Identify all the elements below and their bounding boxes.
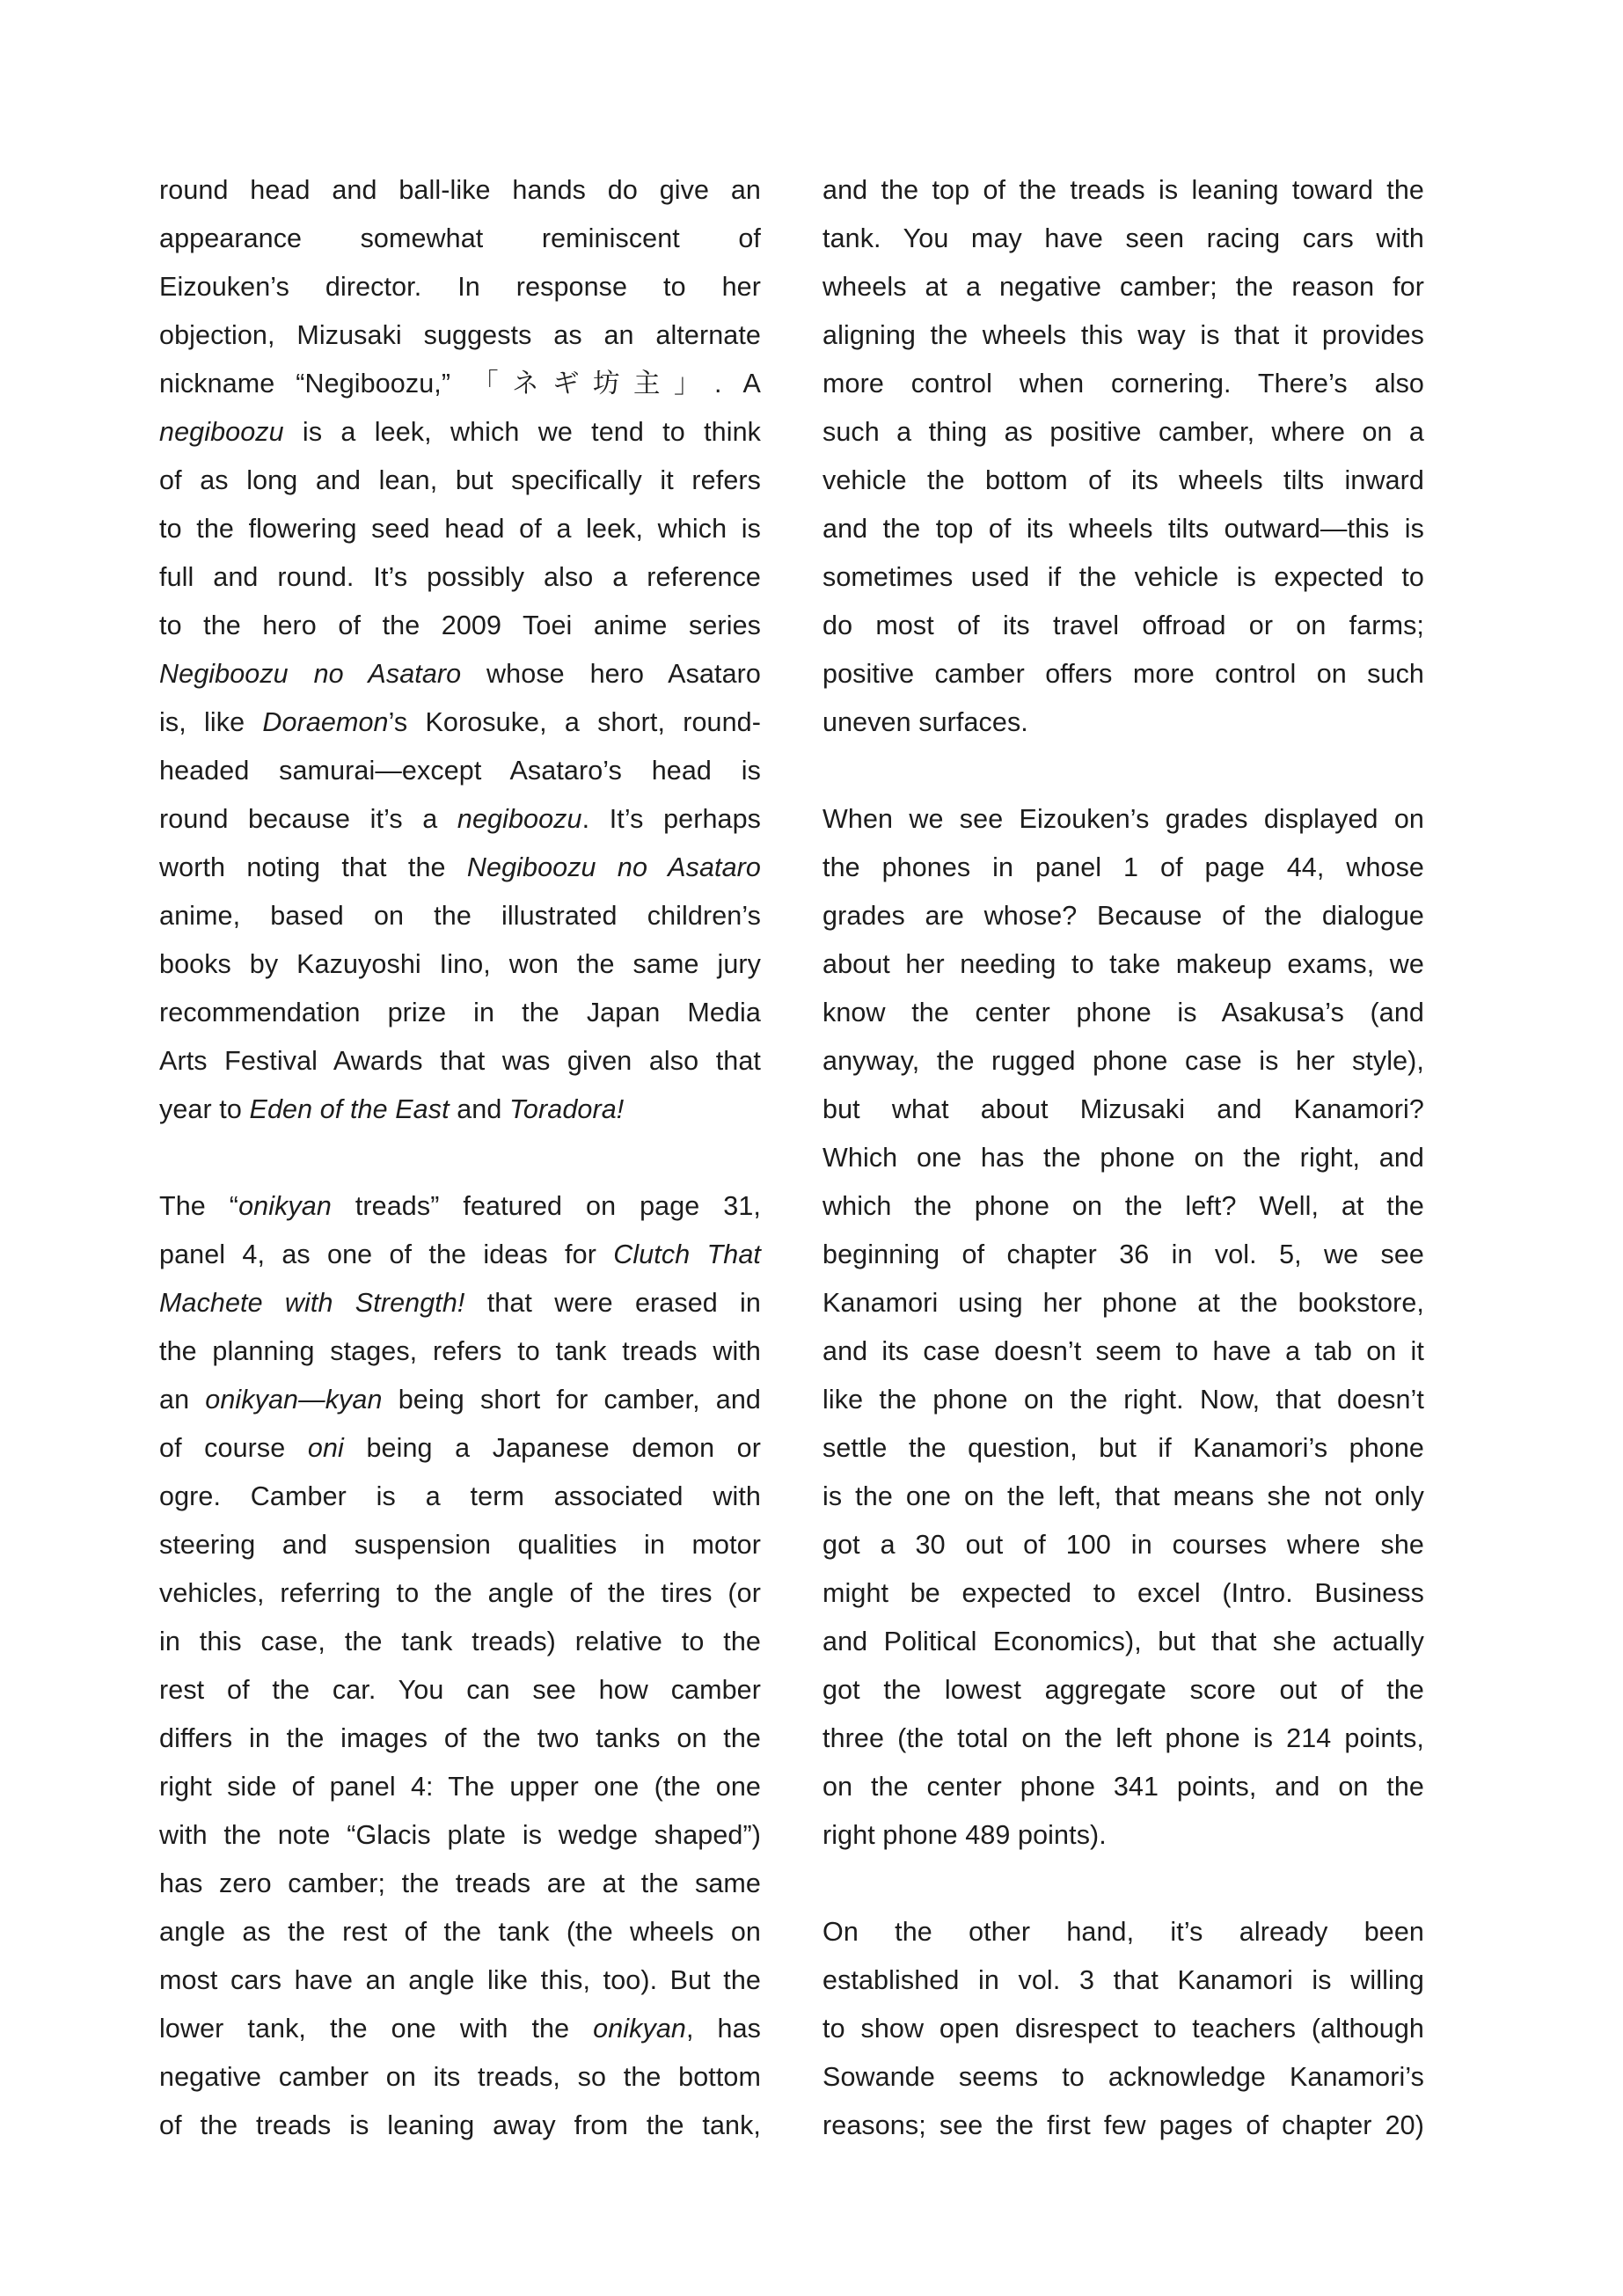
italic-term: Negiboozu no Asataro xyxy=(159,659,461,689)
text-line: Arts Festival Awards that was given also… xyxy=(159,1037,761,1086)
text-run: anyway, the rugged phone case is her sty… xyxy=(822,1046,1424,1076)
text-line: settle the question, but if Kanamori’s p… xyxy=(822,1424,1424,1473)
text-run: uneven surfaces. xyxy=(822,707,1028,737)
text-run: do most of its travel offroad or on farm… xyxy=(822,611,1424,640)
text-line: and the top of the treads is leaning tow… xyxy=(822,166,1424,215)
text-run: appearance somewhat reminiscent of xyxy=(159,223,761,253)
text-run: reasons; see the first few pages of chap… xyxy=(822,2110,1424,2140)
text-run: Kanamori using her phone at the bookstor… xyxy=(822,1288,1424,1318)
text-run: anime, based on the illustrated children… xyxy=(159,901,761,931)
text-line: year to Eden of the East and Toradora! xyxy=(159,1086,761,1134)
text-line: Sowande seems to acknowledge Kanamori’s xyxy=(822,2053,1424,2102)
text-line: full and round. It’s possibly also a ref… xyxy=(159,553,761,602)
text-line: recommendation prize in the Japan Media xyxy=(159,989,761,1037)
text-run: to the hero of the 2009 Toei anime serie… xyxy=(159,611,761,640)
text-line: round because it’s a negiboozu. It’s per… xyxy=(159,795,761,844)
paragraph: On the other hand, it’s already beenesta… xyxy=(822,1908,1424,2150)
text-run: aligning the wheels this way is that it … xyxy=(822,320,1424,350)
text-run: treads” featured on page 31, xyxy=(332,1191,761,1221)
text-line: sometimes used if the vehicle is expecte… xyxy=(822,553,1424,602)
text-run: grades are whose? Because of the dialogu… xyxy=(822,901,1424,931)
text-run: to show open disrespect to teachers (alt… xyxy=(822,2014,1424,2044)
text-line: negative camber on its treads, so the bo… xyxy=(159,2053,761,2102)
text-line: right phone 489 points). xyxy=(822,1811,1424,1860)
text-line: got a 30 out of 100 in courses where she xyxy=(822,1521,1424,1569)
text-line: in this case, the tank treads) relative … xyxy=(159,1618,761,1666)
text-run: might be expected to excel (Intro. Busin… xyxy=(822,1578,1424,1608)
italic-term: Clutch That xyxy=(613,1239,761,1269)
text-run: nickname “Negiboozu,” 「ネギ坊主」. A xyxy=(159,369,761,399)
text-line: wheels at a negative camber; the reason … xyxy=(822,263,1424,311)
text-run: got the lowest aggregate score out of th… xyxy=(822,1675,1424,1705)
text-run: of course xyxy=(159,1433,308,1463)
text-line: differs in the images of the two tanks o… xyxy=(159,1715,761,1763)
text-run: Arts Festival Awards that was given also… xyxy=(159,1046,761,1076)
text-run: know the center phone is Asakusa’s (and xyxy=(822,998,1424,1027)
text-line: do most of its travel offroad or on farm… xyxy=(822,602,1424,650)
text-run: recommendation prize in the Japan Media xyxy=(159,998,761,1027)
right-column: and the top of the treads is leaning tow… xyxy=(822,166,1424,2198)
text-line: got the lowest aggregate score out of th… xyxy=(822,1666,1424,1715)
text-run: an xyxy=(159,1385,205,1415)
text-run: rest of the car. You can see how camber xyxy=(159,1675,761,1705)
text-run: which the phone on the left? Well, at th… xyxy=(822,1191,1424,1221)
text-run: the planning stages, refers to tank trea… xyxy=(159,1336,761,1366)
italic-term: Eden of the East xyxy=(250,1094,450,1124)
text-run: about her needing to take makeup exams, … xyxy=(822,949,1424,979)
text-line: with the note “Glacis plate is wedge sha… xyxy=(159,1811,761,1860)
text-run: steering and suspension qualities in mot… xyxy=(159,1530,761,1560)
italic-term: negiboozu xyxy=(159,417,284,447)
text-line: is, like Doraemon’s Korosuke, a short, r… xyxy=(159,698,761,747)
text-line: right side of panel 4: The upper one (th… xyxy=(159,1763,761,1811)
text-run: of the treads is leaning away from the t… xyxy=(159,2110,761,2140)
text-line: Machete with Strength! that were erased … xyxy=(159,1279,761,1327)
text-run: right phone 489 points). xyxy=(822,1820,1107,1850)
text-line: such a thing as positive camber, where o… xyxy=(822,408,1424,457)
italic-term: oni xyxy=(308,1433,344,1463)
text-run: differs in the images of the two tanks o… xyxy=(159,1723,761,1753)
text-run: got a 30 out of 100 in courses where she xyxy=(822,1530,1424,1560)
document-page: round head and ball-like hands do give a… xyxy=(0,0,1623,2296)
text-run: and the top of its wheels tilts outward—… xyxy=(822,514,1424,544)
paragraph: When we see Eizouken’s grades displayed … xyxy=(822,795,1424,1860)
text-run: books by Kazuyoshi Iino, won the same ju… xyxy=(159,949,761,979)
text-line: objection, Mizusaki suggests as an alter… xyxy=(159,311,761,360)
text-run: established in vol. 3 that Kanamori is w… xyxy=(822,1965,1424,1995)
text-run: panel 4, as one of the ideas for xyxy=(159,1239,613,1269)
text-line: three (the total on the left phone is 21… xyxy=(822,1715,1424,1763)
text-line: The “onikyan treads” featured on page 31… xyxy=(159,1182,761,1231)
paragraph: and the top of the treads is leaning tow… xyxy=(822,166,1424,747)
italic-term: onikyan xyxy=(238,1191,332,1221)
text-run: headed samurai—except Asataro’s head is xyxy=(159,756,761,786)
italic-term: Doraemon xyxy=(262,707,388,737)
text-line: of as long and lean, but specifically it… xyxy=(159,457,761,505)
text-line: to show open disrespect to teachers (alt… xyxy=(822,2005,1424,2053)
italic-term: onikyan—kyan xyxy=(205,1385,382,1415)
text-run: the phones in panel 1 of page 44, whose xyxy=(822,852,1424,882)
text-line: on the center phone 341 points, and on t… xyxy=(822,1763,1424,1811)
text-run: negative camber on its treads, so the bo… xyxy=(159,2062,761,2092)
text-run: being short for camber, and xyxy=(383,1385,761,1415)
text-line: grades are whose? Because of the dialogu… xyxy=(822,892,1424,940)
text-run: sometimes used if the vehicle is expecte… xyxy=(822,562,1424,592)
text-run: round because it’s a xyxy=(159,804,457,834)
text-run: ’s Korosuke, a short, round- xyxy=(389,707,761,737)
text-run: such a thing as positive camber, where o… xyxy=(822,417,1424,447)
text-run: and the top of the treads is leaning tow… xyxy=(822,175,1424,205)
text-run: round head and ball-like hands do give a… xyxy=(159,175,761,205)
text-line: tank. You may have seen racing cars with xyxy=(822,215,1424,263)
italic-term: Negiboozu no Asataro xyxy=(467,852,761,882)
text-run: of as long and lean, but specifically it… xyxy=(159,465,761,495)
text-run: When we see Eizouken’s grades displayed … xyxy=(822,804,1424,834)
text-line: appearance somewhat reminiscent of xyxy=(159,215,761,263)
text-line: most cars have an angle like this, too).… xyxy=(159,1956,761,2005)
italic-term: negiboozu xyxy=(457,804,582,834)
text-run: The “ xyxy=(159,1191,238,1221)
text-line: Kanamori using her phone at the bookstor… xyxy=(822,1279,1424,1327)
text-run: Sowande seems to acknowledge Kanamori’s xyxy=(822,2062,1424,2092)
text-line: to the hero of the 2009 Toei anime serie… xyxy=(159,602,761,650)
text-run: to the flowering seed head of a leek, wh… xyxy=(159,514,761,544)
text-run: whose hero Asataro xyxy=(461,659,761,689)
text-run: and Political Economics), but that she a… xyxy=(822,1627,1424,1656)
text-run: settle the question, but if Kanamori’s p… xyxy=(822,1433,1424,1463)
text-run: full and round. It’s possibly also a ref… xyxy=(159,562,761,592)
text-line: vehicles, referring to the angle of the … xyxy=(159,1569,761,1618)
text-run: vehicle the bottom of its wheels tilts i… xyxy=(822,465,1424,495)
text-line: might be expected to excel (Intro. Busin… xyxy=(822,1569,1424,1618)
text-line: to the flowering seed head of a leek, wh… xyxy=(159,505,761,553)
text-line: is the one on the left, that means she n… xyxy=(822,1473,1424,1521)
text-run: vehicles, referring to the angle of the … xyxy=(159,1578,761,1608)
text-line: nickname “Negiboozu,” 「ネギ坊主」. A xyxy=(159,360,761,408)
text-line: Eizouken’s director. In response to her xyxy=(159,263,761,311)
text-line: panel 4, as one of the ideas for Clutch … xyxy=(159,1231,761,1279)
text-run: beginning of chapter 36 in vol. 5, we se… xyxy=(822,1239,1424,1269)
text-line: but what about Mizusaki and Kanamori? xyxy=(822,1086,1424,1134)
text-run: in this case, the tank treads) relative … xyxy=(159,1627,761,1656)
text-line: and the top of its wheels tilts outward—… xyxy=(822,505,1424,553)
text-line: has zero camber; the treads are at the s… xyxy=(159,1860,761,1908)
text-run: positive camber offers more control on s… xyxy=(822,659,1424,689)
text-line: Which one has the phone on the right, an… xyxy=(822,1134,1424,1182)
text-line: headed samurai—except Asataro’s head is xyxy=(159,747,761,795)
text-line: When we see Eizouken’s grades displayed … xyxy=(822,795,1424,844)
text-run: angle as the rest of the tank (the wheel… xyxy=(159,1917,761,1947)
text-line: the phones in panel 1 of page 44, whose xyxy=(822,844,1424,892)
italic-term: onikyan xyxy=(593,2014,686,2044)
text-run: is the one on the left, that means she n… xyxy=(822,1481,1424,1511)
text-run: . It’s perhaps xyxy=(582,804,761,834)
text-run: has zero camber; the treads are at the s… xyxy=(159,1868,761,1898)
text-line: beginning of chapter 36 in vol. 5, we se… xyxy=(822,1231,1424,1279)
text-run: on the center phone 341 points, and on t… xyxy=(822,1772,1424,1802)
text-line: rest of the car. You can see how camber xyxy=(159,1666,761,1715)
text-line: worth noting that the Negiboozu no Asata… xyxy=(159,844,761,892)
text-line: know the center phone is Asakusa’s (and xyxy=(822,989,1424,1037)
text-run: wheels at a negative camber; the reason … xyxy=(822,272,1424,302)
text-run: , has xyxy=(686,2014,761,2044)
text-line: aligning the wheels this way is that it … xyxy=(822,311,1424,360)
text-line: ogre. Camber is a term associated with xyxy=(159,1473,761,1521)
text-run: being a Japanese demon or xyxy=(344,1433,761,1463)
left-column: round head and ball-like hands do give a… xyxy=(159,166,761,2198)
text-run: with the note “Glacis plate is wedge sha… xyxy=(159,1820,761,1850)
text-line: negiboozu is a leek, which we tend to th… xyxy=(159,408,761,457)
text-line: and its case doesn’t seem to have a tab … xyxy=(822,1327,1424,1376)
text-run: Eizouken’s director. In response to her xyxy=(159,272,761,302)
text-line: of the treads is leaning away from the t… xyxy=(159,2102,761,2150)
text-line: uneven surfaces. xyxy=(822,698,1424,747)
text-line: an onikyan—kyan being short for camber, … xyxy=(159,1376,761,1424)
text-line: and Political Economics), but that she a… xyxy=(822,1618,1424,1666)
text-run: three (the total on the left phone is 21… xyxy=(822,1723,1424,1753)
text-run: tank. You may have seen racing cars with xyxy=(822,223,1424,253)
text-run: On the other hand, it’s already been xyxy=(822,1917,1424,1947)
text-line: established in vol. 3 that Kanamori is w… xyxy=(822,1956,1424,2005)
text-run: and xyxy=(450,1094,509,1124)
text-line: On the other hand, it’s already been xyxy=(822,1908,1424,1956)
text-run: like the phone on the right. Now, that d… xyxy=(822,1385,1424,1415)
text-run: ogre. Camber is a term associated with xyxy=(159,1481,761,1511)
text-run: and its case doesn’t seem to have a tab … xyxy=(822,1336,1424,1366)
text-line: about her needing to take makeup exams, … xyxy=(822,940,1424,989)
text-run: is a leek, which we tend to think xyxy=(284,417,761,447)
text-run: that were erased in xyxy=(464,1288,761,1318)
text-run: but what about Mizusaki and Kanamori? xyxy=(822,1094,1424,1124)
text-line: more control when cornering. There’s als… xyxy=(822,360,1424,408)
text-run: is, like xyxy=(159,707,262,737)
text-run: lower tank, the one with the xyxy=(159,2014,593,2044)
text-line: anyway, the rugged phone case is her sty… xyxy=(822,1037,1424,1086)
text-line: the planning stages, refers to tank trea… xyxy=(159,1327,761,1376)
text-line: vehicle the bottom of its wheels tilts i… xyxy=(822,457,1424,505)
text-run: more control when cornering. There’s als… xyxy=(822,369,1424,399)
text-line: which the phone on the left? Well, at th… xyxy=(822,1182,1424,1231)
text-line: of course oni being a Japanese demon or xyxy=(159,1424,761,1473)
text-run: Which one has the phone on the right, an… xyxy=(822,1143,1424,1173)
text-line: books by Kazuyoshi Iino, won the same ju… xyxy=(159,940,761,989)
text-line: angle as the rest of the tank (the wheel… xyxy=(159,1908,761,1956)
text-line: lower tank, the one with the onikyan, ha… xyxy=(159,2005,761,2053)
text-run: objection, Mizusaki suggests as an alter… xyxy=(159,320,761,350)
paragraph: round head and ball-like hands do give a… xyxy=(159,166,761,1134)
text-line: Negiboozu no Asataro whose hero Asataro xyxy=(159,650,761,698)
text-line: anime, based on the illustrated children… xyxy=(159,892,761,940)
text-run: worth noting that the xyxy=(159,852,467,882)
text-line: like the phone on the right. Now, that d… xyxy=(822,1376,1424,1424)
text-line: round head and ball-like hands do give a… xyxy=(159,166,761,215)
paragraph: The “onikyan treads” featured on page 31… xyxy=(159,1182,761,2150)
text-run: most cars have an angle like this, too).… xyxy=(159,1965,761,1995)
italic-term: Toradora! xyxy=(509,1094,624,1124)
text-run: right side of panel 4: The upper one (th… xyxy=(159,1772,761,1802)
text-line: positive camber offers more control on s… xyxy=(822,650,1424,698)
text-line: steering and suspension qualities in mot… xyxy=(159,1521,761,1569)
italic-term: Machete with Strength! xyxy=(159,1288,464,1318)
text-run: year to xyxy=(159,1094,250,1124)
text-line: reasons; see the first few pages of chap… xyxy=(822,2102,1424,2150)
